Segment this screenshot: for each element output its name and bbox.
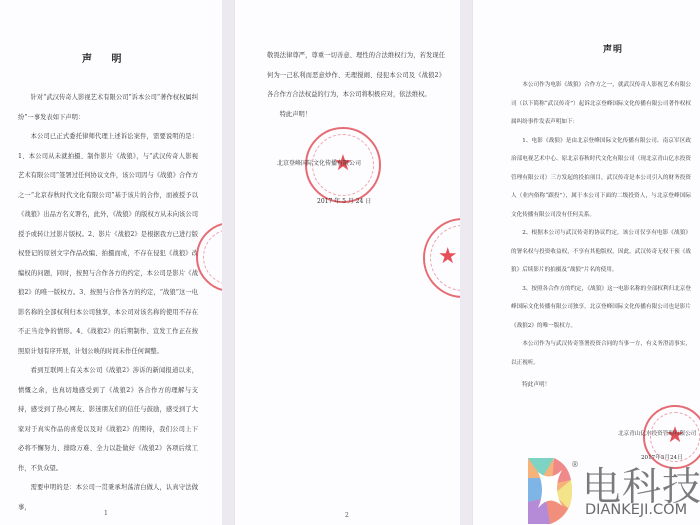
dianjeji-logo-icon bbox=[528, 458, 572, 524]
star-icon: ★ bbox=[438, 246, 458, 268]
registered-mark: ® bbox=[571, 460, 579, 469]
paragraph: 1、电影《战狼》是由北京登峰国际文化传播有限公司、南京军区政治部电视艺术中心、原… bbox=[511, 132, 691, 225]
page-1-title: 声 明 bbox=[82, 50, 129, 65]
paragraph: 敬畏法律尊严，尊重一切善意、理性的合法维权行为，若发现任何为一己私利而恶意炒作、… bbox=[267, 46, 445, 105]
statement-page-3: 声明 本公司作为电影《战狼》合作方之一，就武汉传奇人影视艺术有限公司（以下简称“… bbox=[472, 0, 700, 525]
page-number: 1 bbox=[104, 510, 108, 517]
paragraph: 特此声明！ bbox=[511, 376, 691, 395]
paragraph: 3、按照各合作方的约定，《战狼》这一电影名称的全部权利归北京登峰国际文化传播有限… bbox=[511, 280, 691, 336]
signature-date: 2017 年 5 月 24 日 bbox=[317, 196, 371, 205]
statement-page-2: 敬畏法律尊严，尊重一切善意、理性的合法维权行为，若发现任何为一己私利而恶意炒作、… bbox=[234, 0, 460, 525]
page-number: 2 bbox=[345, 512, 349, 519]
paragraph: 本公司已正式委托律师代理上述诉讼案件，需要说明的是：1、本公司从未就拍摄、制作影… bbox=[18, 127, 198, 361]
page-1-body: 针对“武汉传奇人影视艺术有限公司”诉本公司“著作权权属纠纷”一事发表如下声明： … bbox=[18, 88, 198, 517]
paragraph: 2、根据本公司与武汉传奇的协议约定，该公司仅享有电影《战狼》的署名权与投资收益权… bbox=[511, 224, 691, 280]
page-3-title: 声明 bbox=[603, 42, 623, 55]
dianjeji-watermark-logo: ® 电科技 DIANKEJI.COM bbox=[528, 458, 700, 524]
brand-english: DIANKEJI.COM bbox=[585, 502, 687, 518]
paragraph: 看到互联网上有关本公司《战狼2》涉诉的新闻报道以来，愤慨之余，也真切地感受到了《… bbox=[18, 361, 198, 478]
paragraph: 本公司作为电影《战狼》合作方之一，就武汉传奇人影视艺术有限公司（以下简称“武汉传… bbox=[511, 76, 691, 132]
paragraph: 特此声明！ bbox=[267, 105, 445, 125]
page-3-body: 本公司作为电影《战狼》合作方之一，就武汉传奇人影视艺术有限公司（以下简称“武汉传… bbox=[511, 76, 691, 395]
paragraph: 针对“武汉传奇人影视艺术有限公司”诉本公司“著作权权属纠纷”一事发表如下声明： bbox=[18, 88, 198, 127]
red-seal-stamp bbox=[196, 222, 222, 292]
page-2-body: 敬畏法律尊严，尊重一切善意、理性的合法维权行为，若发现任何为一己私利而恶意炒作、… bbox=[267, 46, 445, 124]
signature-company: 北京登峰国际文化传播有限公司 bbox=[277, 158, 361, 167]
paragraph: 本公司作为与武汉传奇签署投资合同的当事一方，有义务澄清事实，以正视听。 bbox=[511, 335, 691, 372]
red-seal-stamp: ★ bbox=[423, 218, 460, 298]
statement-page-1: 声 明 针对“武汉传奇人影视艺术有限公司”诉本公司“著作权权属纠纷”一事发表如下… bbox=[0, 0, 222, 525]
signature-company: 北京青山亿水投资管理有限公司 bbox=[618, 429, 696, 437]
paragraph: 需要申明的是：本公司一贯秉承坦荡清白做人，认真守法做事， bbox=[18, 478, 198, 517]
